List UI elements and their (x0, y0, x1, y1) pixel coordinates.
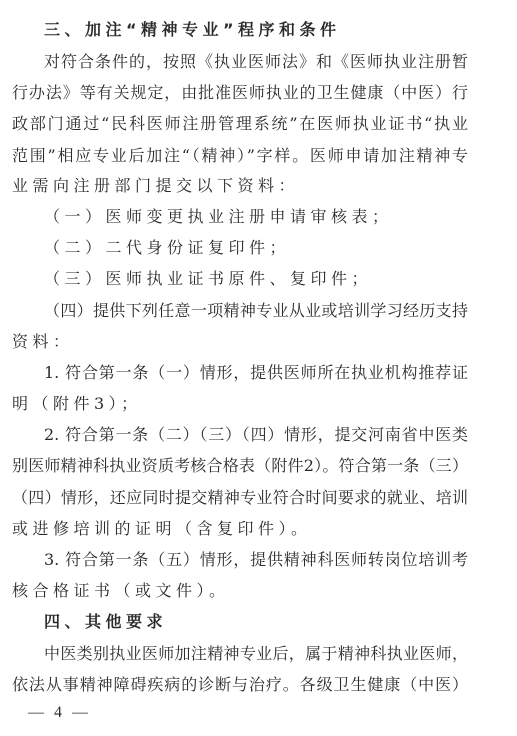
section-heading: 四、其他要求 (44, 612, 468, 632)
text-line: 中医类别执业医师加注精神专业后，属于精神科执业医师， (44, 644, 468, 664)
text-line: 对符合条件的，按照《执业医师法》和《医师执业注册暂 (44, 52, 468, 72)
text-line: 行办法》等有关规定，由批准医师执业的卫生健康（中医）行 (12, 83, 468, 103)
text-line: 范围”相应专业后加注“（精神）”字样。医师申请加注精神专 (12, 146, 468, 166)
text-line: 别医师精神科执业资质考核合格表（附件2）。符合第一条（三） (12, 456, 468, 476)
text-line: （二）二代身份证复印件； (44, 238, 468, 258)
text-line: 政部门通过“民科医师注册管理系统”在医师执业证书“执业 (12, 114, 468, 134)
text-line: 资料： (12, 332, 468, 352)
text-line: 业需向注册部门提交以下资料： (12, 176, 468, 196)
text-line: 明（附件3）； (12, 394, 468, 414)
text-line: （四）情形，还应同时提交精神专业符合时间要求的就业、培训 (12, 488, 468, 508)
document-page: 三、加注“精神专业”程序和条件对符合条件的，按照《执业医师法》和《医师执业注册暂… (0, 0, 517, 736)
text-line: （三）医师执业证书原件、复印件； (44, 269, 468, 289)
text-line: 核合格证书（或文件）。 (12, 581, 468, 601)
text-line: （四）提供下列任意一项精神专业从业或培训学习经历支持 (44, 301, 468, 321)
text-line: 依法从事精神障碍疾病的诊断与治疗。各级卫生健康（中医） (12, 675, 468, 695)
page-number: — 4 — (28, 703, 91, 723)
text-line: 3. 符合第一条（五）情形，提供精神科医师转岗位培训考 (44, 550, 468, 570)
text-line: 2. 符合第一条（二）（三）（四）情形，提交河南省中医类 (44, 425, 468, 445)
text-line: （一）医师变更执业注册申请审核表； (44, 207, 468, 227)
section-heading: 三、加注“精神专业”程序和条件 (44, 20, 468, 40)
text-line: 或进修培训的证明（含复印件）。 (12, 519, 468, 539)
text-line: 1. 符合第一条（一）情形，提供医师所在执业机构推荐证 (44, 363, 468, 383)
